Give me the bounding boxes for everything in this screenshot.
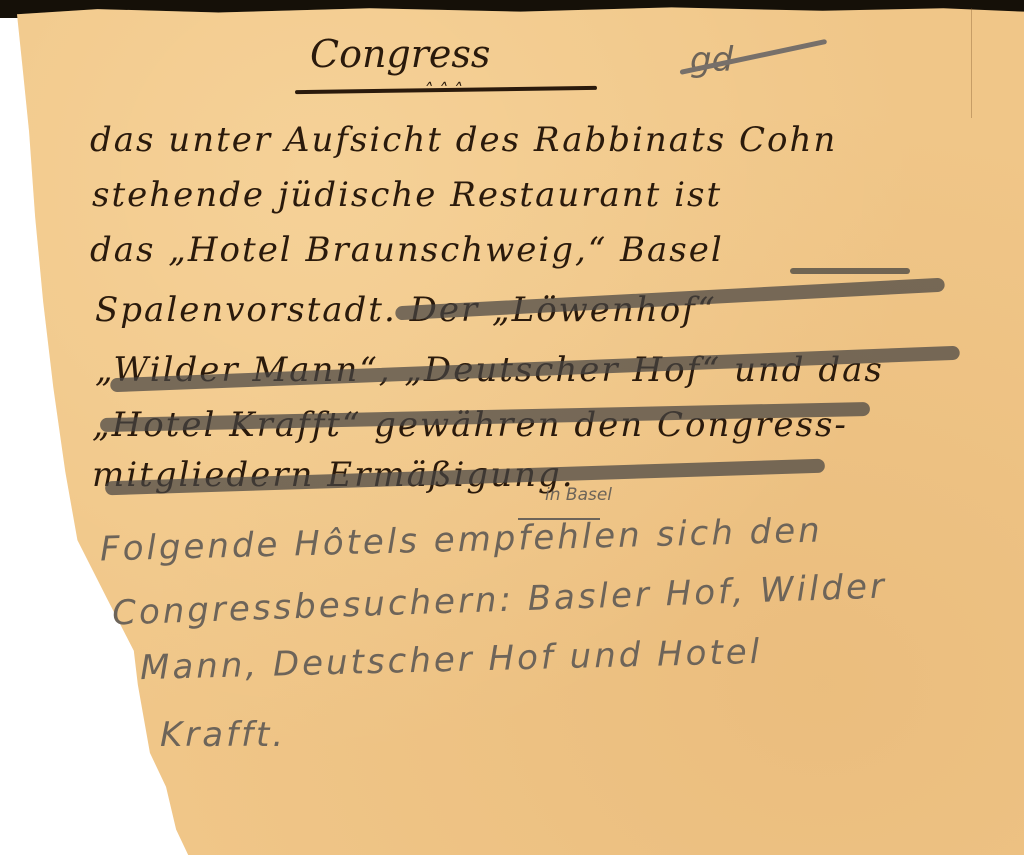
- ink-line-3: das „Hotel Braunschweig,“ Basel: [90, 230, 724, 270]
- insertion-in-basel: in Basel: [545, 485, 612, 505]
- pencil-line-4: Krafft.: [160, 715, 286, 755]
- basel-underline: [790, 268, 910, 274]
- ink-line-2: stehende jüdische Restaurant ist: [92, 175, 722, 215]
- ink-line-1: das unter Aufsicht des Rabbinats Cohn: [90, 120, 837, 160]
- page-title: Congress: [310, 32, 490, 76]
- paper-fold-line: [971, 8, 972, 118]
- insertion-carets: ˄ ˄ ˄: [425, 80, 463, 101]
